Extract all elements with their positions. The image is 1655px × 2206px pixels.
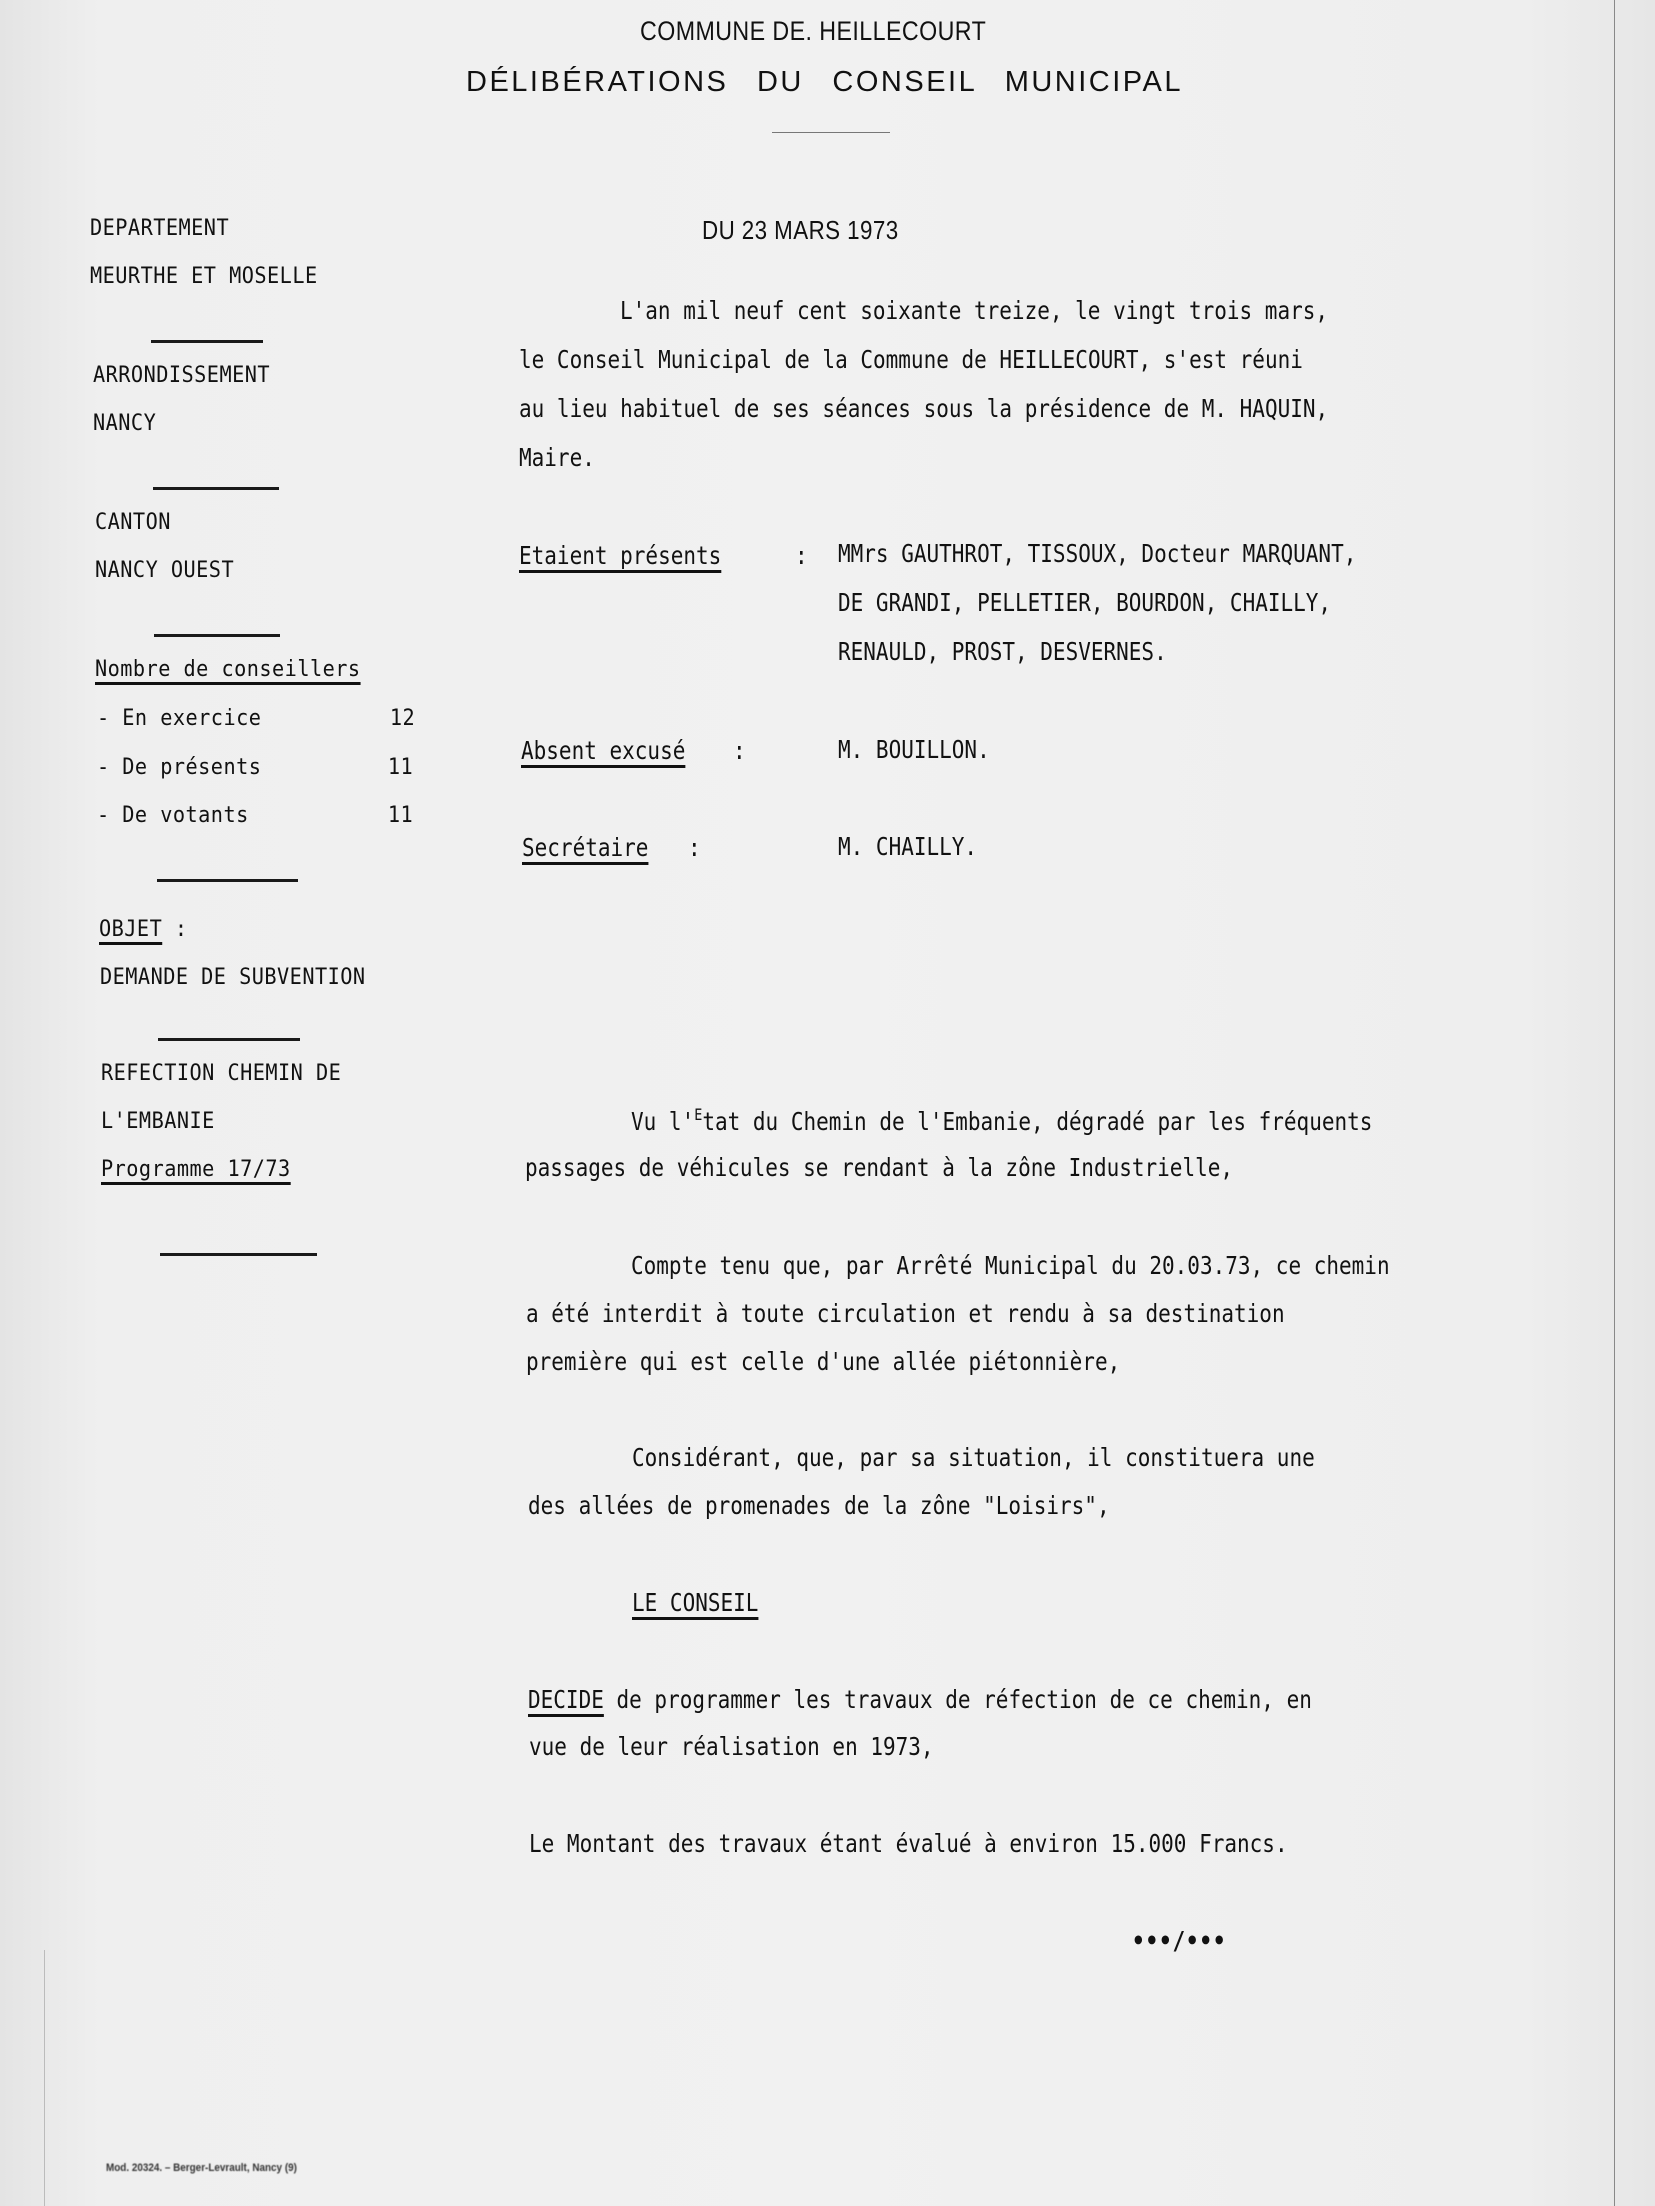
refection-line1: REFECTION CHEMIN DE: [101, 1061, 341, 1086]
decide-rest: de programmer les travaux de réfection d…: [604, 1685, 1312, 1714]
continuation-mark: •••/•••: [1132, 1926, 1226, 1955]
vu-line: Vu l'Etat du Chemin de l'Embanie, dégrad…: [631, 1105, 1372, 1136]
commune-name: COMMUNE DE. HEILLECOURT: [640, 16, 986, 47]
secretaire-label: Secrétaire: [522, 833, 648, 862]
separator: [154, 634, 280, 637]
secretaire-name: M. CHAILLY.: [838, 832, 977, 861]
header-rule: [772, 132, 890, 133]
conseillers-label: - De présents: [97, 755, 261, 780]
vu-prefix: Vu l': [631, 1107, 694, 1136]
separator: [157, 879, 298, 882]
separator: [158, 1038, 300, 1041]
refection-line2: L'EMBANIE: [101, 1109, 215, 1134]
decide-word: DECIDE: [528, 1685, 604, 1714]
absent-colon: :: [733, 736, 746, 765]
intro-line: Maire.: [519, 443, 595, 472]
decide-line: DECIDE de programmer les travaux de réfe…: [528, 1685, 1312, 1714]
intro-line: le Conseil Municipal de la Commune de HE…: [519, 345, 1303, 374]
arrondissement-value: NANCY: [93, 411, 156, 436]
vu-line2: passages de véhicules se rendant à la zô…: [525, 1153, 1233, 1182]
vu-rest: tat du Chemin de l'Embanie, dégradé par …: [702, 1107, 1372, 1136]
presents-colon: :: [795, 541, 808, 570]
compte-line: Compte tenu que, par Arrêté Municipal du…: [631, 1251, 1390, 1280]
arrondissement-label: ARRONDISSEMENT: [93, 363, 270, 388]
decide-line2: vue de leur réalisation en 1973,: [529, 1732, 934, 1761]
presents-line: RENAULD, PROST, DESVERNES.: [838, 637, 1167, 666]
canton-value: NANCY OUEST: [95, 558, 234, 583]
programme-number: Programme 17/73: [101, 1157, 291, 1182]
intro-line: L'an mil neuf cent soixante treize, le v…: [620, 296, 1328, 325]
separator: [151, 340, 263, 343]
presents-label: Etaient présents: [519, 541, 721, 570]
montant-line: Le Montant des travaux étant évalué à en…: [529, 1829, 1288, 1858]
conseillers-label: - En exercice: [97, 706, 261, 731]
session-date: DU 23 MARS 1973: [702, 215, 899, 246]
canton-label: CANTON: [95, 510, 171, 535]
departement-value: MEURTHE ET MOSELLE: [90, 264, 318, 289]
document-title: DÉLIBÉRATIONS DU CONSEIL MUNICIPAL: [466, 66, 1183, 99]
departement-label: DEPARTEMENT: [90, 216, 229, 241]
compte-line: première qui est celle d'une allée piéto…: [526, 1347, 1120, 1376]
conseillers-count: 12: [360, 706, 415, 731]
considerant-line: Considérant, que, par sa situation, il c…: [632, 1443, 1315, 1472]
conseillers-count: 11: [358, 803, 413, 828]
conseillers-label: - De votants: [97, 803, 249, 828]
absent-name: M. BOUILLON.: [838, 735, 990, 764]
intro-line: au lieu habituel de ses séances sous la …: [519, 394, 1328, 423]
le-conseil-heading: LE CONSEIL: [632, 1588, 758, 1617]
objet-label: OBJET: [99, 917, 162, 942]
considerant-line: des allées de promenades de la zône "Loi…: [528, 1491, 1110, 1520]
objet-colon: :: [175, 917, 188, 942]
secretaire-colon: :: [688, 833, 701, 862]
compte-line: a été interdit à toute circulation et re…: [526, 1299, 1285, 1328]
conseillers-heading: Nombre de conseillers: [95, 657, 361, 682]
page-fold-left: [44, 1950, 45, 2206]
objet-value: DEMANDE DE SUBVENTION: [100, 965, 366, 990]
printer-imprint: Mod. 20324. – Berger-Levrault, Nancy (9): [106, 2162, 297, 2174]
separator: [153, 487, 279, 490]
presents-line: DE GRANDI, PELLETIER, BOURDON, CHAILLY,: [838, 588, 1331, 617]
separator: [160, 1253, 317, 1256]
vu-superscript: E: [694, 1105, 702, 1124]
page-fold-right: [1614, 0, 1615, 2206]
conseillers-count: 11: [358, 755, 413, 780]
absent-label: Absent excusé: [521, 736, 685, 765]
presents-line: MMrs GAUTHROT, TISSOUX, Docteur MARQUANT…: [838, 539, 1356, 568]
